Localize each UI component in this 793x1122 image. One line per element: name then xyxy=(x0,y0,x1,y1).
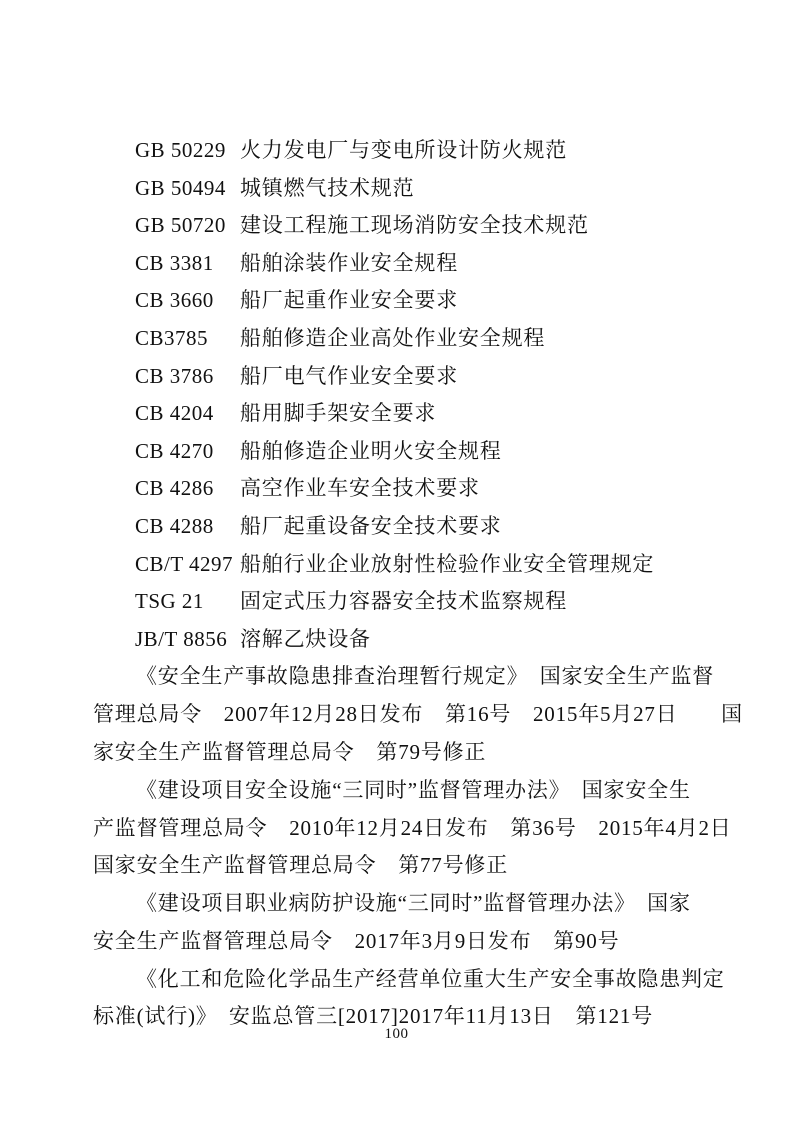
paragraph-line: 国家安全生产监督管理总局令 第77号修正 xyxy=(93,847,738,885)
standard-code: CB 4270 xyxy=(135,433,240,471)
paragraph-line: 产监督管理总局令 2010年12月24日发布 第36号 2015年4月2日 xyxy=(93,810,738,848)
standard-code: CB 4288 xyxy=(135,508,240,546)
standard-title: 固定式压力容器安全技术监察规程 xyxy=(240,583,738,621)
regulation-paragraph: 《建设项目职业病防护设施“三同时”监督管理办法》 国家安全生产监督管理总局令 2… xyxy=(93,885,738,961)
standard-code: TSG 21 xyxy=(135,583,240,621)
standard-item: CB 4270船舶修造企业明火安全规程 xyxy=(93,433,738,471)
standard-item: CB 3381船舶涂装作业安全规程 xyxy=(93,245,738,283)
paragraph-line: 《安全生产事故隐患排查治理暂行规定》 国家安全生产监督 xyxy=(93,658,738,696)
standard-title: 船舶行业企业放射性检验作业安全管理规定 xyxy=(240,546,738,584)
paragraph-line: 《化工和危险化学品生产经营单位重大生产安全事故隐患判定 xyxy=(93,961,738,999)
standard-code: JB/T 8856 xyxy=(135,621,240,659)
paragraph-line: 管理总局令 2007年12月28日发布 第16号 2015年5月27日 国 xyxy=(93,696,738,734)
standard-item: GB 50720建设工程施工现场消防安全技术规范 xyxy=(93,207,738,245)
page-content: GB 50229火力发电厂与变电所设计防火规范GB 50494城镇燃气技术规范G… xyxy=(93,132,738,1036)
standard-item: CB 4286高空作业车安全技术要求 xyxy=(93,470,738,508)
standard-code: GB 50494 xyxy=(135,170,240,208)
paragraph-line: 《建设项目安全设施“三同时”监督管理办法》 国家安全生 xyxy=(93,772,738,810)
standard-item: GB 50229火力发电厂与变电所设计防火规范 xyxy=(93,132,738,170)
regulation-paragraph: 《化工和危险化学品生产经营单位重大生产安全事故隐患判定标准(试行)》 安监总管三… xyxy=(93,961,738,1037)
standard-title: 船厂电气作业安全要求 xyxy=(240,358,738,396)
standard-code: CB 3660 xyxy=(135,282,240,320)
regulation-paragraphs: 《安全生产事故隐患排查治理暂行规定》 国家安全生产监督管理总局令 2007年12… xyxy=(93,658,738,1036)
standard-title: 船厂起重设备安全技术要求 xyxy=(240,508,738,546)
document-page: GB 50229火力发电厂与变电所设计防火规范GB 50494城镇燃气技术规范G… xyxy=(0,0,793,1122)
standard-item: CB 4288船厂起重设备安全技术要求 xyxy=(93,508,738,546)
regulation-paragraph: 《建设项目安全设施“三同时”监督管理办法》 国家安全生产监督管理总局令 2010… xyxy=(93,772,738,885)
standard-code: CB 3786 xyxy=(135,358,240,396)
standard-title: 建设工程施工现场消防安全技术规范 xyxy=(240,207,738,245)
standard-title: 城镇燃气技术规范 xyxy=(240,170,738,208)
paragraph-line: 家安全生产监督管理总局令 第79号修正 xyxy=(93,734,738,772)
regulation-paragraph: 《安全生产事故隐患排查治理暂行规定》 国家安全生产监督管理总局令 2007年12… xyxy=(93,658,738,771)
standard-item: GB 50494城镇燃气技术规范 xyxy=(93,170,738,208)
standard-item: CB 4204船用脚手架安全要求 xyxy=(93,395,738,433)
standard-item: CB/T 4297船舶行业企业放射性检验作业安全管理规定 xyxy=(93,546,738,584)
paragraph-line: 《建设项目职业病防护设施“三同时”监督管理办法》 国家 xyxy=(93,885,738,923)
standard-title: 火力发电厂与变电所设计防火规范 xyxy=(240,132,738,170)
standard-code: CB3785 xyxy=(135,320,240,358)
paragraph-line: 安全生产监督管理总局令 2017年3月9日发布 第90号 xyxy=(93,923,738,961)
standard-code: CB 3381 xyxy=(135,245,240,283)
standard-title: 船厂起重作业安全要求 xyxy=(240,282,738,320)
standard-title: 船舶涂装作业安全规程 xyxy=(240,245,738,283)
standard-code: GB 50229 xyxy=(135,132,240,170)
standard-title: 船用脚手架安全要求 xyxy=(240,395,738,433)
standard-item: CB 3786船厂电气作业安全要求 xyxy=(93,358,738,396)
standard-title: 船舶修造企业高处作业安全规程 xyxy=(240,320,738,358)
standard-title: 溶解乙炔设备 xyxy=(240,621,738,659)
standard-code: CB 4204 xyxy=(135,395,240,433)
standard-title: 高空作业车安全技术要求 xyxy=(240,470,738,508)
standards-list: GB 50229火力发电厂与变电所设计防火规范GB 50494城镇燃气技术规范G… xyxy=(93,132,738,658)
standard-code: CB 4286 xyxy=(135,470,240,508)
standard-item: CB3785船舶修造企业高处作业安全规程 xyxy=(93,320,738,358)
standard-item: CB 3660船厂起重作业安全要求 xyxy=(93,282,738,320)
standard-item: TSG 21固定式压力容器安全技术监察规程 xyxy=(93,583,738,621)
standard-code: CB/T 4297 xyxy=(135,546,240,584)
standard-item: JB/T 8856溶解乙炔设备 xyxy=(93,621,738,659)
standard-title: 船舶修造企业明火安全规程 xyxy=(240,433,738,471)
standard-code: GB 50720 xyxy=(135,207,240,245)
page-number: 100 xyxy=(0,1026,793,1043)
